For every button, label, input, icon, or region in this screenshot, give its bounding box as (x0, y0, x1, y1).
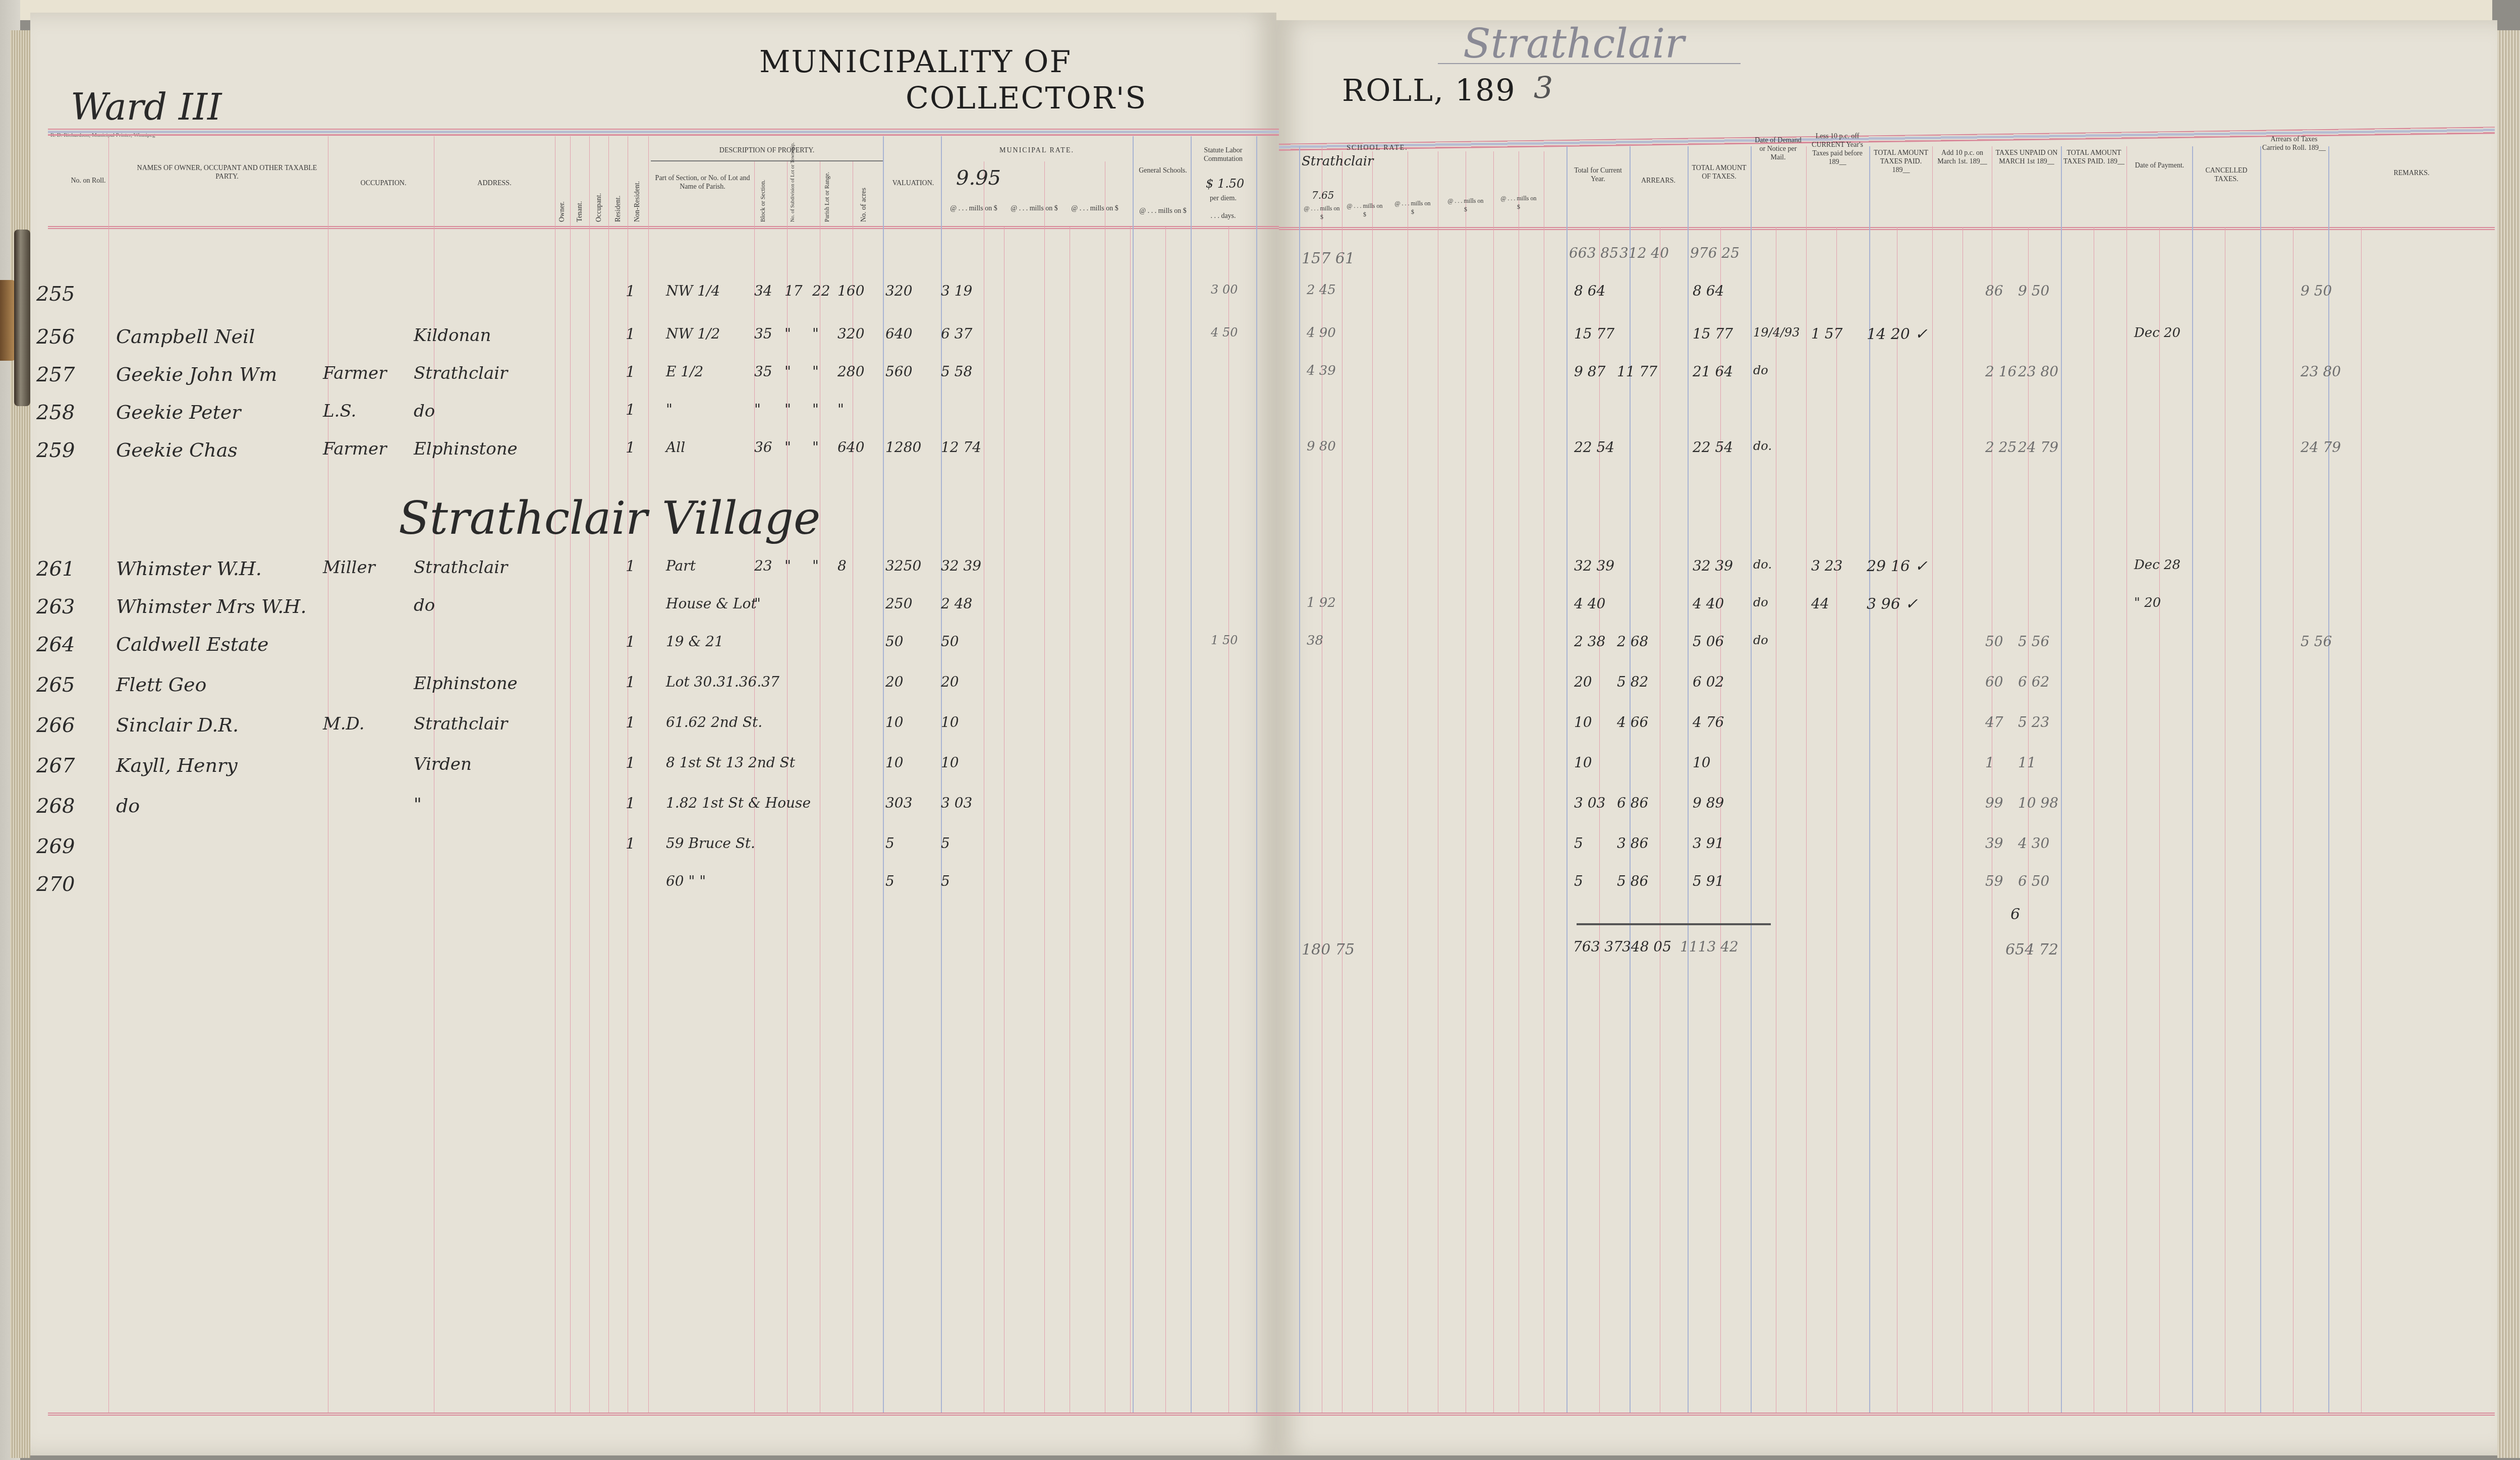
cell-school: 1 92 (1307, 595, 1336, 610)
cell-name: Caldwell Estate (116, 633, 269, 655)
cell-carried: 24 79 (2301, 439, 2341, 456)
col-rule (853, 161, 853, 1413)
header-school-mills-2: @ . . . mills on $ (1345, 202, 1385, 219)
cell-total-current: 8 64 (1574, 283, 1605, 299)
cell-valuation: 250 (885, 595, 912, 612)
cell-owner: 1 (626, 283, 635, 300)
col-rule (2192, 146, 2193, 1413)
cell-block: 34 (754, 283, 772, 299)
header-band-top-left (48, 129, 1279, 136)
cell-no: 270 (36, 873, 75, 896)
col-rule (1836, 227, 1837, 1413)
cell-sub: " (785, 557, 791, 574)
cell-no: 259 (36, 439, 75, 462)
cell-total-current: 2 38 (1574, 633, 1605, 650)
cell-no: 265 (36, 673, 75, 697)
cell-valuation: 5 (885, 873, 894, 889)
header-block-section: Block or Section. (759, 180, 767, 222)
school-rate-handwritten: 7.65 (1312, 189, 1334, 201)
cell-total: 6 02 (1693, 673, 1724, 690)
cell-range: " (812, 439, 819, 456)
col-rule (2159, 227, 2160, 1413)
cell-add: 2 25 (1985, 439, 2017, 456)
header-arrears: ARREARS. (1631, 177, 1686, 185)
cell-total-current: 10 (1574, 714, 1592, 731)
cell-part: Lot 30.31.36.37 (666, 673, 779, 690)
cell-municipal: 5 (941, 835, 950, 852)
section-heading: Strathclair Village (399, 492, 820, 545)
col-rule (608, 136, 609, 1413)
cell-acres: 280 (837, 363, 864, 380)
cell-school: 2 45 (1307, 283, 1336, 298)
cell-school: 9 80 (1307, 439, 1336, 454)
cell-unpaid: 9 50 (2018, 283, 2049, 299)
cell-no: 264 (36, 633, 75, 656)
header-add-10pc: Add 10 p.c. on March 1st. 189__ (1933, 149, 1991, 166)
cell-no: 268 (36, 795, 75, 818)
cell-owner: 1 (626, 795, 635, 812)
header-valuation: VALUATION. (885, 179, 941, 188)
cell-valuation: 560 (885, 363, 912, 380)
cell-date-payment: " 20 (2134, 595, 2161, 610)
cell-school: 4 90 (1307, 325, 1336, 341)
col-rule (1519, 151, 1519, 1413)
cell-valuation: 50 (885, 633, 904, 650)
cell-total-current: 5 (1574, 873, 1583, 889)
cell-paid: 3 96 ✓ (1867, 595, 1918, 613)
header-non-resident: Non-Resident. (634, 181, 642, 222)
col-rule (2293, 227, 2293, 1413)
cell-unpaid: 5 23 (2018, 714, 2049, 731)
header-band-bottom-left (48, 226, 1279, 229)
cell-arrears: 11 77 (1617, 363, 1657, 380)
col-rule (787, 161, 788, 1413)
cell-owner: 1 (626, 633, 635, 651)
cell-address: Strathclair (414, 363, 508, 383)
cell-block: 35 (754, 325, 772, 342)
col-rule (754, 161, 755, 1413)
cell-add: 39 (1985, 835, 2003, 852)
col-rule (1228, 227, 1229, 1413)
col-rule (984, 161, 984, 1413)
carried-total-current: 663 85 (1569, 245, 1618, 261)
cell-unpaid: 24 79 (2018, 439, 2058, 456)
col-rule (1133, 136, 1134, 1413)
col-rule (1630, 146, 1631, 1413)
cell-municipal: 5 58 (941, 363, 972, 380)
cell-no: 258 (36, 401, 75, 424)
cell-range: 22 (812, 283, 830, 299)
col-rule (589, 136, 590, 1413)
total-school: 180 75 (1302, 941, 1355, 959)
col-rule (2061, 146, 2062, 1413)
cell-address: do (414, 595, 435, 615)
cell-total: 5 91 (1693, 873, 1724, 889)
cell-add: 50 (1985, 633, 2003, 650)
cell-total: 5 06 (1693, 633, 1724, 650)
description-rule (651, 160, 883, 161)
cell-occupation: Farmer (323, 363, 386, 383)
cell-municipal: 20 (941, 673, 959, 690)
cell-school: 4 39 (1307, 363, 1336, 378)
cell-address: Strathclair (414, 557, 508, 578)
col-rule (1493, 151, 1494, 1413)
cell-name: Kayll, Henry (116, 754, 238, 776)
cell-part: " (666, 401, 673, 418)
header-general-schools: General Schools. (1135, 166, 1191, 175)
cell-acres: " (837, 401, 844, 418)
cell-add: 47 (1985, 714, 2003, 731)
cell-no: 263 (36, 595, 75, 619)
header-address: ADDRESS. (439, 179, 550, 188)
col-rule (648, 136, 649, 1413)
cell-arrears: 4 66 (1617, 714, 1648, 731)
cell-sub: 17 (785, 283, 803, 299)
cell-valuation: 640 (885, 325, 912, 342)
cell-no: 255 (36, 283, 75, 306)
cell-name: Whimster Mrs W.H. (116, 595, 307, 617)
cell-add: 1 (1985, 754, 1994, 771)
header-mills-2: @ . . . mills on $ (1004, 204, 1065, 213)
cell-total-current: 4 40 (1574, 595, 1605, 612)
cell-name: Flett Geo (116, 673, 206, 696)
cell-range: " (812, 363, 819, 380)
cell-statute: 1 50 (1211, 633, 1238, 647)
cell-owner: 1 (626, 401, 635, 419)
cell-carried: 23 80 (2301, 363, 2341, 380)
col-rule (1599, 227, 1600, 1413)
cell-part: Part (666, 557, 696, 574)
municipality-underline (1438, 63, 1741, 64)
cell-arrears: 5 82 (1617, 673, 1648, 690)
title-collectors: COLLECTOR'S (906, 81, 1147, 116)
cell-no: 257 (36, 363, 75, 386)
cell-address: Kildonan (414, 325, 491, 346)
cell-total: 22 54 (1693, 439, 1733, 456)
cell-valuation: 320 (885, 283, 912, 299)
header-statute-labor: Statute Labor Commutation (1192, 146, 1255, 163)
cell-total: 8 64 (1693, 283, 1724, 299)
header-cancelled-taxes: CANCELLED TAXES. (2194, 166, 2259, 184)
cell-block: " (754, 595, 761, 612)
cell-no: 266 (36, 714, 75, 737)
cell-add: 86 (1985, 283, 2003, 299)
col-rule (1299, 146, 1300, 1413)
col-rule (1256, 136, 1257, 1413)
cell-owner: 1 (626, 325, 635, 343)
col-rule (1105, 161, 1105, 1413)
header-mills-1: @ . . . mills on $ (943, 204, 1004, 213)
cell-owner: 1 (626, 835, 635, 853)
header-less-10pc: Less 10 p.c. off CURRENT Year's Taxes pa… (1807, 132, 1868, 166)
col-rule (2328, 146, 2329, 1413)
cell-date-payment: Dec 28 (2134, 557, 2180, 573)
cell-total-current: 15 77 (1574, 325, 1614, 342)
cell-add: 60 (1985, 673, 2003, 690)
col-rule (108, 136, 109, 1413)
total-unpaid: 654 72 (2005, 941, 2058, 959)
binder-clip (14, 230, 30, 406)
cell-part: NW 1/4 (666, 283, 720, 299)
header-arrears-carried: Arrears of Taxes Carried to Roll. 189__ (2261, 135, 2327, 152)
total-arrears: 348 05 (1622, 938, 1671, 955)
right-page (1276, 20, 2497, 1455)
col-rule (1044, 161, 1045, 1413)
cell-unpaid: 23 80 (2018, 363, 2058, 380)
cell-total-current: 22 54 (1574, 439, 1614, 456)
cell-name: Geekie John Wm (116, 363, 277, 385)
col-rule (1776, 227, 1776, 1413)
col-rule (1932, 146, 1933, 1413)
header-total-taxes-paid-2: TOTAL AMOUNT TAXES PAID. 189__ (2062, 149, 2125, 166)
cell-no: 261 (36, 557, 75, 581)
municipality-name-handwritten: Strathclair (1463, 20, 1684, 67)
cell-arrears: 6 86 (1617, 795, 1648, 811)
cell-acres: 160 (837, 283, 864, 299)
header-occupation: OCCUPATION. (333, 179, 434, 188)
col-rule (328, 136, 328, 1413)
cell-date-payment: Dec 20 (2134, 325, 2180, 341)
cell-name: Geekie Peter (116, 401, 241, 423)
cell-address: Elphinstone (414, 439, 518, 459)
cell-municipal: 2 48 (941, 595, 972, 612)
col-rule (1408, 151, 1408, 1413)
cell-add: 2 16 (1985, 363, 2017, 380)
cell-municipal: 10 (941, 714, 959, 731)
page-edges-right (2497, 30, 2520, 1458)
cell-address: Strathclair (414, 714, 508, 734)
cell-valuation: 5 (885, 835, 894, 852)
cell-part: 19 & 21 (666, 633, 723, 650)
cell-occupation: Miller (323, 557, 375, 578)
cell-arrears: 5 86 (1617, 873, 1648, 889)
cell-address: " (414, 795, 422, 815)
cell-municipal: 6 37 (941, 325, 972, 342)
header-total-current-year: Total for Current Year. (1569, 166, 1627, 184)
roll-year-handwritten: 3 (1534, 71, 1553, 106)
cell-block: 23 (754, 557, 772, 574)
cell-paid: 29 16 ✓ (1867, 557, 1928, 575)
cell-part: All (666, 439, 685, 456)
col-rule (1372, 151, 1373, 1413)
header-days: . . . days. (1192, 212, 1255, 220)
total-amount: 1113 42 (1680, 938, 1739, 955)
cell-unpaid: 5 56 (2018, 633, 2049, 650)
cell-owner: 1 (626, 439, 635, 457)
cell-valuation: 3250 (885, 557, 921, 574)
carried-school: 157 61 (1302, 250, 1355, 267)
cell-municipal: 3 19 (941, 283, 972, 299)
cell-municipal: 5 (941, 873, 950, 889)
col-rule (2260, 146, 2261, 1413)
cell-demand: do (1753, 595, 1768, 609)
cell-demand: 19/4/93 (1753, 325, 1800, 340)
cell-address: Virden (414, 754, 472, 774)
col-rule (570, 136, 571, 1413)
cell-range: " (812, 401, 819, 418)
cell-no: 256 (36, 325, 75, 349)
header-no-of-acres: No. of acres (860, 188, 868, 222)
cell-part: 61.62 2nd St. (666, 714, 762, 731)
col-rule (1660, 227, 1660, 1413)
cell-valuation: 20 (885, 673, 904, 690)
cell-demand: do. (1753, 439, 1772, 453)
cell-sub: " (785, 401, 791, 418)
cell-total: 10 (1693, 754, 1711, 771)
title-municipality-of: MUNICIPALITY OF (759, 44, 1072, 80)
total-unpaid-note: 6 (2010, 906, 2020, 923)
ward-label: Ward III (71, 86, 221, 128)
col-rule (820, 161, 820, 1413)
header-names: NAMES OF OWNER, OCCUPANT AND OTHER TAXAB… (126, 164, 328, 181)
cell-carried: 9 50 (2301, 283, 2332, 299)
cell-acres: 640 (837, 439, 864, 456)
header-part-of-section: Part of Section, or No. of Lot and Name … (651, 174, 754, 191)
total-current-year: 763 37 (1573, 938, 1622, 955)
municipal-rate-handwritten: 9.95 (956, 166, 1001, 190)
cell-total-current: 9 87 (1574, 363, 1605, 380)
cell-occupation: L.S. (323, 401, 356, 421)
cell-name: do (116, 795, 140, 817)
cell-less: 44 (1811, 595, 1829, 612)
col-rule (1751, 146, 1752, 1413)
header-general-mills: @ . . . mills on $ (1135, 207, 1191, 215)
col-rule (1342, 151, 1342, 1413)
header-owner: Owner. (558, 201, 567, 222)
header-subdivision: No. of Subdivision of Lot or Township. (790, 142, 796, 222)
cell-unpaid: 10 98 (2018, 795, 2058, 811)
cell-valuation: 1280 (885, 439, 921, 456)
col-rule (883, 136, 884, 1413)
cell-municipal: 10 (941, 754, 959, 771)
header-no-on-roll: No. on Roll. (68, 177, 108, 185)
header-parish-lot: Parish Lot or Range. (823, 172, 831, 222)
cell-owner: 1 (626, 363, 635, 381)
cell-unpaid: 6 62 (2018, 673, 2049, 690)
header-remarks: REMARKS. (2331, 169, 2492, 178)
col-rule (1566, 146, 1567, 1413)
cell-sub: " (785, 439, 791, 456)
cell-block: " (754, 401, 761, 418)
header-school-mills-5: @ . . . mills on $ (1498, 194, 1539, 211)
col-rule (1897, 227, 1897, 1413)
col-rule (1191, 136, 1192, 1413)
col-rule (1544, 151, 1544, 1413)
col-rule (1806, 146, 1807, 1413)
header-tenant: Tenant. (576, 201, 584, 222)
cell-block: 36 (754, 439, 772, 456)
cell-sub: " (785, 325, 791, 342)
cell-municipal: 32 39 (941, 557, 981, 574)
footer-rule (48, 1413, 2495, 1416)
cell-add: 59 (1985, 873, 2003, 889)
cell-total-current: 32 39 (1574, 557, 1614, 574)
cell-acres: 320 (837, 325, 864, 342)
cell-part: NW 1/2 (666, 325, 720, 342)
col-rule (1130, 227, 1131, 1413)
cell-less: 3 23 (1811, 557, 1842, 574)
header-total-taxes-paid: TOTAL AMOUNT TAXES PAID. 189__ (1871, 149, 1931, 175)
cell-part: House & Lot (666, 595, 757, 612)
header-school-mills-1: @ . . . mills on $ (1302, 204, 1342, 221)
header-description-of-property: DESCRIPTION OF PROPERTY. (651, 146, 883, 155)
header-date-of-demand: Date of Demand or Notice per Mail. (1752, 136, 1805, 162)
cell-address: Elphinstone (414, 673, 518, 694)
statute-rate-handwritten: $ 1.50 (1206, 177, 1244, 191)
cell-unpaid: 4 30 (2018, 835, 2049, 852)
header-municipal-rate: MUNICIPAL RATE. (943, 146, 1130, 155)
cell-range: " (812, 557, 819, 574)
cell-total-current: 5 (1574, 835, 1583, 852)
cell-total: 9 89 (1693, 795, 1724, 811)
col-rule (2126, 146, 2127, 1413)
cell-address: do (414, 401, 435, 421)
cell-part: 8 1st St 13 2nd St (666, 754, 795, 771)
cell-no: 267 (36, 754, 75, 777)
cell-unpaid: 6 50 (2018, 873, 2049, 889)
col-rule (2094, 227, 2094, 1413)
cell-add: 99 (1985, 795, 2003, 811)
cell-no: 269 (36, 835, 75, 858)
cell-statute: 3 00 (1211, 283, 1238, 297)
cell-municipal: 12 74 (941, 439, 981, 456)
cell-name: Whimster W.H. (116, 557, 262, 580)
header-school-mills-4: @ . . . mills on $ (1445, 197, 1486, 214)
header-school-mills-3: @ . . . mills on $ (1392, 199, 1433, 216)
col-rule (2225, 227, 2225, 1413)
title-roll: ROLL, 189 (1342, 73, 1516, 108)
header-band-bottom-right (1279, 227, 2495, 230)
col-rule (1070, 227, 1070, 1413)
cell-total: 15 77 (1693, 325, 1733, 342)
cell-part: E 1/2 (666, 363, 703, 380)
col-rule (1438, 151, 1438, 1413)
cell-carried: 5 56 (2301, 633, 2332, 650)
cell-owner: 1 (626, 557, 635, 575)
header-school-rate: SCHOOL RATE. (1327, 144, 1428, 152)
col-rule (1720, 227, 1721, 1413)
cell-valuation: 10 (885, 754, 904, 771)
cell-name: Sinclair D.R. (116, 714, 239, 736)
cell-statute: 4 50 (1211, 325, 1238, 340)
cell-acres: 8 (837, 557, 847, 574)
col-rule (1466, 151, 1466, 1413)
cell-total: 32 39 (1693, 557, 1733, 574)
carried-total: 976 25 (1690, 245, 1740, 261)
carried-arrears: 312 40 (1619, 245, 1669, 261)
header-per-diem: per diem. (1192, 194, 1255, 203)
cell-owner: 1 (626, 754, 635, 772)
cell-total-current: 3 03 (1574, 795, 1605, 811)
cell-part: 1.82 1st St & House (666, 795, 811, 811)
col-rule (2361, 227, 2362, 1413)
cell-demand: do (1753, 633, 1768, 647)
header-total-amount-taxes: TOTAL AMOUNT OF TAXES. (1690, 164, 1748, 181)
header-mills-3: @ . . . mills on $ (1065, 204, 1125, 213)
cell-unpaid: 11 (2018, 754, 2036, 771)
col-rule (1963, 227, 1963, 1413)
cell-occupation: M.D. (323, 714, 364, 734)
cell-total: 4 76 (1693, 714, 1724, 731)
col-rule (1004, 227, 1004, 1413)
cell-total-current: 20 (1574, 673, 1592, 690)
cell-occupation: Farmer (323, 439, 386, 459)
cell-owner: 1 (626, 714, 635, 732)
cell-total: 4 40 (1693, 595, 1724, 612)
cell-paid: 14 20 ✓ (1867, 325, 1928, 343)
cell-valuation: 303 (885, 795, 912, 811)
cell-name: Geekie Chas (116, 439, 238, 461)
